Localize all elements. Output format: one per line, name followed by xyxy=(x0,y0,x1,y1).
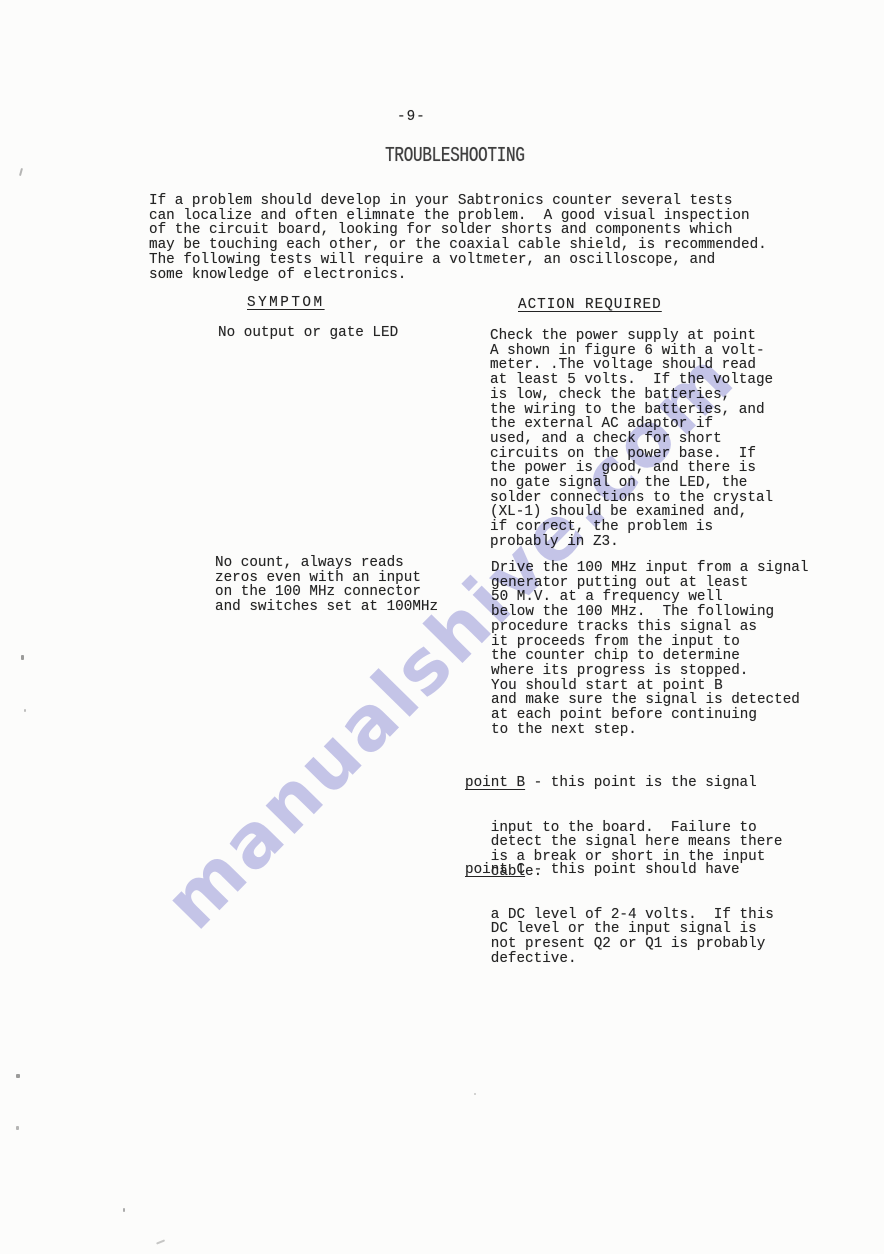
symptom-cell-row1: No output or gate LED xyxy=(218,326,398,341)
symptom-cell-row2: No count, always reads zeros even with a… xyxy=(215,556,438,615)
scan-speck xyxy=(24,709,26,712)
scan-speck xyxy=(19,168,23,176)
action-cell-row2: Drive the 100 MHz input from a signal ge… xyxy=(491,561,808,737)
intro-paragraph: If a problem should develop in your Sabt… xyxy=(149,194,767,282)
scan-speck xyxy=(474,1093,476,1095)
point-b-label: point B xyxy=(465,775,525,791)
scan-speck xyxy=(16,1074,20,1078)
point-b-first-line: - this point is the signal xyxy=(525,775,757,791)
action-cell-row1: Check the power supply at point A shown … xyxy=(490,329,773,550)
point-c-label: point C xyxy=(465,862,525,878)
symptom-column-header: SYMPTOM xyxy=(247,296,325,311)
point-b-heading: point B - this point is the signal xyxy=(465,776,782,791)
scan-speck xyxy=(16,1126,19,1130)
page-title: TROUBLESHOOTING xyxy=(385,146,525,166)
scan-speck xyxy=(156,1239,165,1244)
scan-speck xyxy=(123,1208,125,1212)
action-column-header: ACTION REQUIRED xyxy=(518,298,662,313)
page-number: -9- xyxy=(397,110,426,125)
point-c-first-line: - this point should have xyxy=(525,862,740,878)
scan-speck xyxy=(21,655,24,660)
point-c-heading: point C - this point should have xyxy=(465,863,774,878)
point-c-note: point C - this point should have a DC le… xyxy=(465,834,774,981)
point-c-body: a DC level of 2-4 volts. If this DC leve… xyxy=(465,908,774,967)
